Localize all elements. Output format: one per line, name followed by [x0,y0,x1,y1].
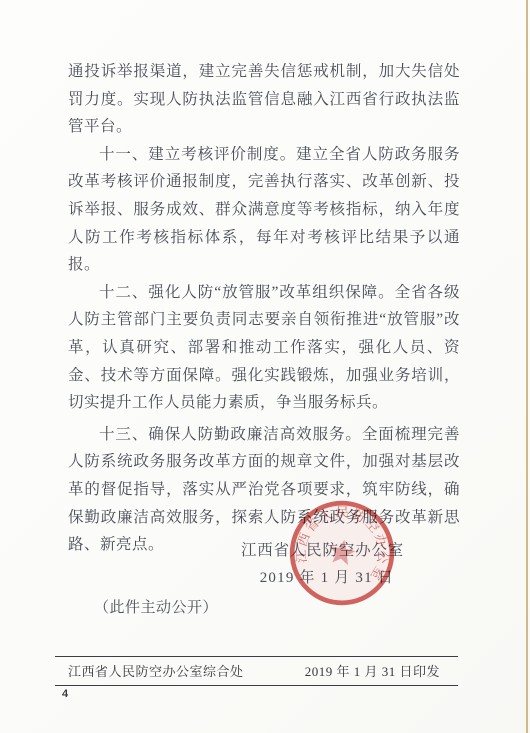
paragraph-item-11: 十一、建立考核评价制度。建立全省人防政务服务改革考核评价通报制度，完善执行落实、… [68,141,460,279]
document-body: 通投诉举报渠道，建立完善失信惩戒机制，加大失信处罚力度。实现人防执法监管信息融入… [68,58,460,559]
paragraph-continuation: 通投诉举报渠道，建立完善失信惩戒机制，加大失信处罚力度。实现人防执法监管信息融入… [68,58,460,141]
public-disclosure-note: （此件主动公开） [94,596,218,617]
footer-print-date: 2019 年 1 月 31 日印发 [305,661,440,680]
page-number: 4 [62,688,68,700]
signature-organization: 江西省人民防空办公室 [241,538,404,560]
document-footer: 江西省人民防空办公室综合处 2019 年 1 月 31 日印发 [55,656,458,686]
scan-edge-line [526,0,528,733]
scanned-document-page: 通投诉举报渠道，建立完善失信惩戒机制，加大失信处罚力度。实现人防执法监管信息融入… [0,0,530,733]
footer-issuing-office: 江西省人民防空办公室综合处 [68,661,244,680]
paragraph-item-12: 十二、强化人防“放管服”改革组织保障。全省各级人防主管部门主要负责同志要亲自领衔… [68,279,460,417]
signature-date: 2019 年 1 月 31 日 [260,566,394,587]
